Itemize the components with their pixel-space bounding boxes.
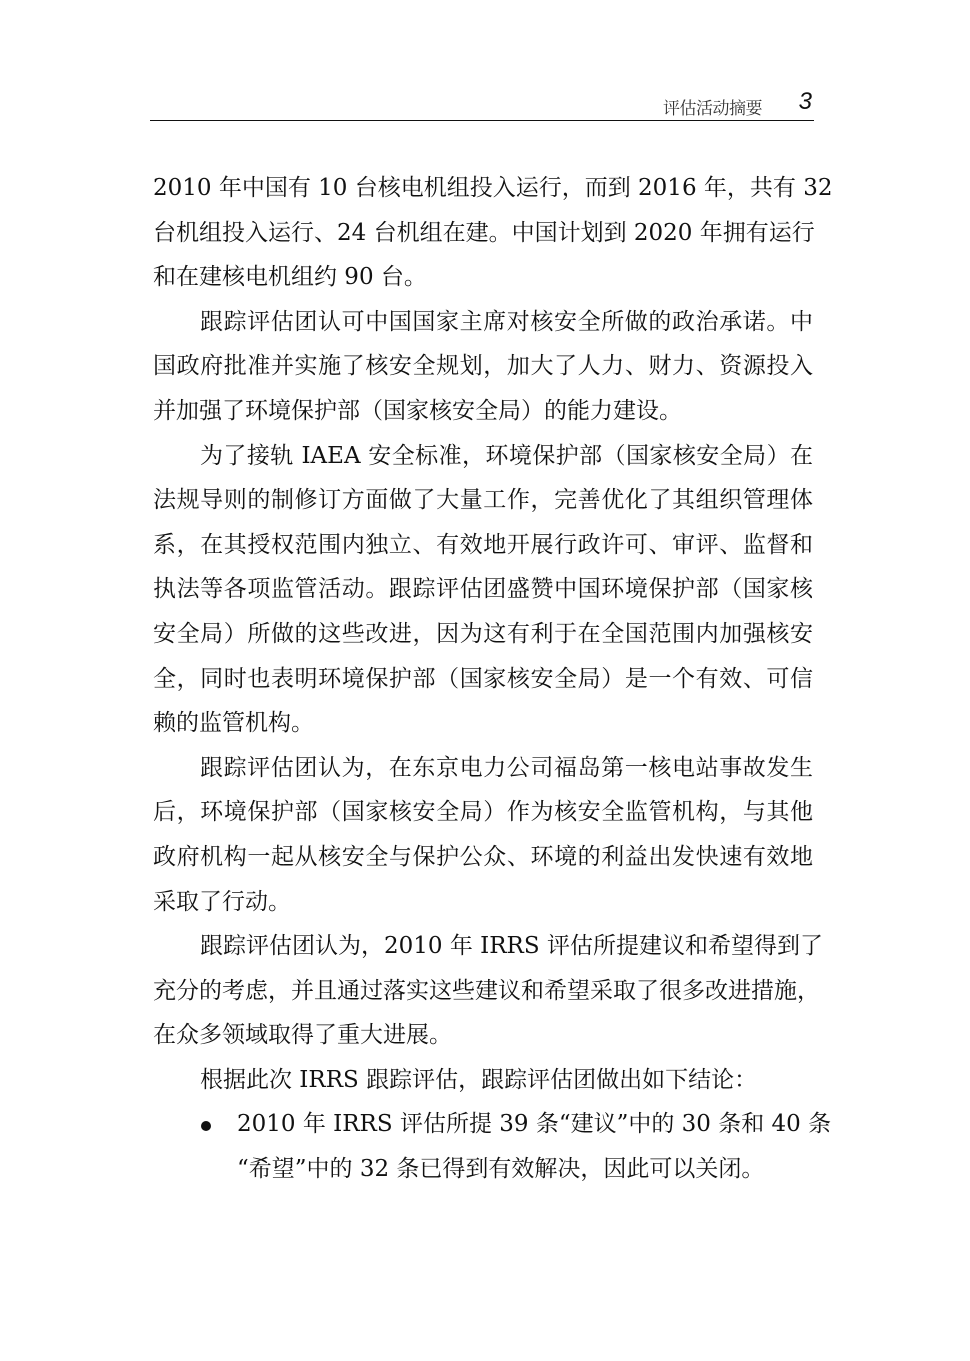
conclusion-list: 2010 年 IRRS 评估所提 39 条“建议”中的 30 条和 40 条 “… (153, 1102, 813, 1191)
text-line: 安全局）所做的这些改进，因为这有利于在全国范围内加强核安 (153, 612, 813, 657)
text-line: 跟踪评估团认为，2010 年 IRRS 评估所提建议和希望得到了 (153, 924, 813, 969)
text-line: 政府机构一起从核安全与保护公众、环境的利益出发快速有效地 (153, 835, 813, 880)
text-line: 2010 年中国有 10 台核电机组投入运行，而到 2016 年，共有 32 (153, 166, 813, 211)
list-item-text: “希望”中的 32 条已得到有效解决，因此可以关闭。 (237, 1156, 764, 1182)
section-title: 评估活动摘要 (663, 94, 762, 119)
text-line: 充分的考虑，并且通过落实这些建议和希望采取了很多改进措施， (153, 969, 813, 1014)
text-line: 台机组投入运行、24 台机组在建。中国计划到 2020 年拥有运行 (153, 211, 813, 256)
text-line: 系，在其授权范围内独立、有效地开展行政许可、审评、监督和 (153, 523, 813, 568)
body-text: 2010 年中国有 10 台核电机组投入运行，而到 2016 年，共有 32 台… (153, 166, 813, 1192)
paragraph: 跟踪评估团认可中国国家主席对核安全所做的政治承诺。中 国政府批准并实施了核安全规… (153, 300, 813, 434)
text-line: 执法等各项监管活动。跟踪评估团盛赞中国环境保护部（国家核 (153, 567, 813, 612)
paragraph: 跟踪评估团认为，2010 年 IRRS 评估所提建议和希望得到了 充分的考虑，并… (153, 924, 813, 1058)
text-line: 采取了行动。 (153, 880, 813, 925)
text-line: 并加强了环境保护部（国家核安全局）的能力建设。 (153, 389, 813, 434)
paragraph: 2010 年中国有 10 台核电机组投入运行，而到 2016 年，共有 32 台… (153, 166, 813, 300)
page-number: 3 (799, 88, 812, 116)
text-line: 2010 年 IRRS 评估所提 39 条“建议”中的 30 条和 40 条 (153, 1102, 813, 1147)
text-line: 赖的监管机构。 (153, 701, 813, 746)
list-item: 2010 年 IRRS 评估所提 39 条“建议”中的 30 条和 40 条 “… (153, 1102, 813, 1191)
text-line: “希望”中的 32 条已得到有效解决，因此可以关闭。 (153, 1147, 813, 1192)
paragraph: 根据此次 IRRS 跟踪评估，跟踪评估团做出如下结论： (153, 1058, 813, 1103)
text-line: 法规导则的制修订方面做了大量工作，完善优化了其组织管理体 (153, 478, 813, 523)
list-item-text: 2010 年 IRRS 评估所提 39 条“建议”中的 30 条和 40 条 (237, 1111, 831, 1137)
text-line: 根据此次 IRRS 跟踪评估，跟踪评估团做出如下结论： (153, 1058, 813, 1103)
text-line: 跟踪评估团认为，在东京电力公司福岛第一核电站事故发生 (153, 746, 813, 791)
text-line: 国政府批准并实施了核安全规划，加大了人力、财力、资源投入 (153, 344, 813, 389)
text-line: 在众多领域取得了重大进展。 (153, 1013, 813, 1058)
text-line: 跟踪评估团认可中国国家主席对核安全所做的政治承诺。中 (153, 300, 813, 345)
bullet-icon (201, 1121, 211, 1131)
header-divider (150, 120, 814, 121)
text-line: 全，同时也表明环境保护部（国家核安全局）是一个有效、可信 (153, 657, 813, 702)
text-line: 后，环境保护部（国家核安全局）作为核安全监管机构，与其他 (153, 790, 813, 835)
text-line: 和在建核电机组约 90 台。 (153, 255, 813, 300)
paragraph: 跟踪评估团认为，在东京电力公司福岛第一核电站事故发生 后，环境保护部（国家核安全… (153, 746, 813, 924)
text-line: 为了接轨 IAEA 安全标准，环境保护部（国家核安全局）在 (153, 434, 813, 479)
paragraph: 为了接轨 IAEA 安全标准，环境保护部（国家核安全局）在 法规导则的制修订方面… (153, 434, 813, 746)
running-header: 评估活动摘要 3 (150, 88, 814, 120)
